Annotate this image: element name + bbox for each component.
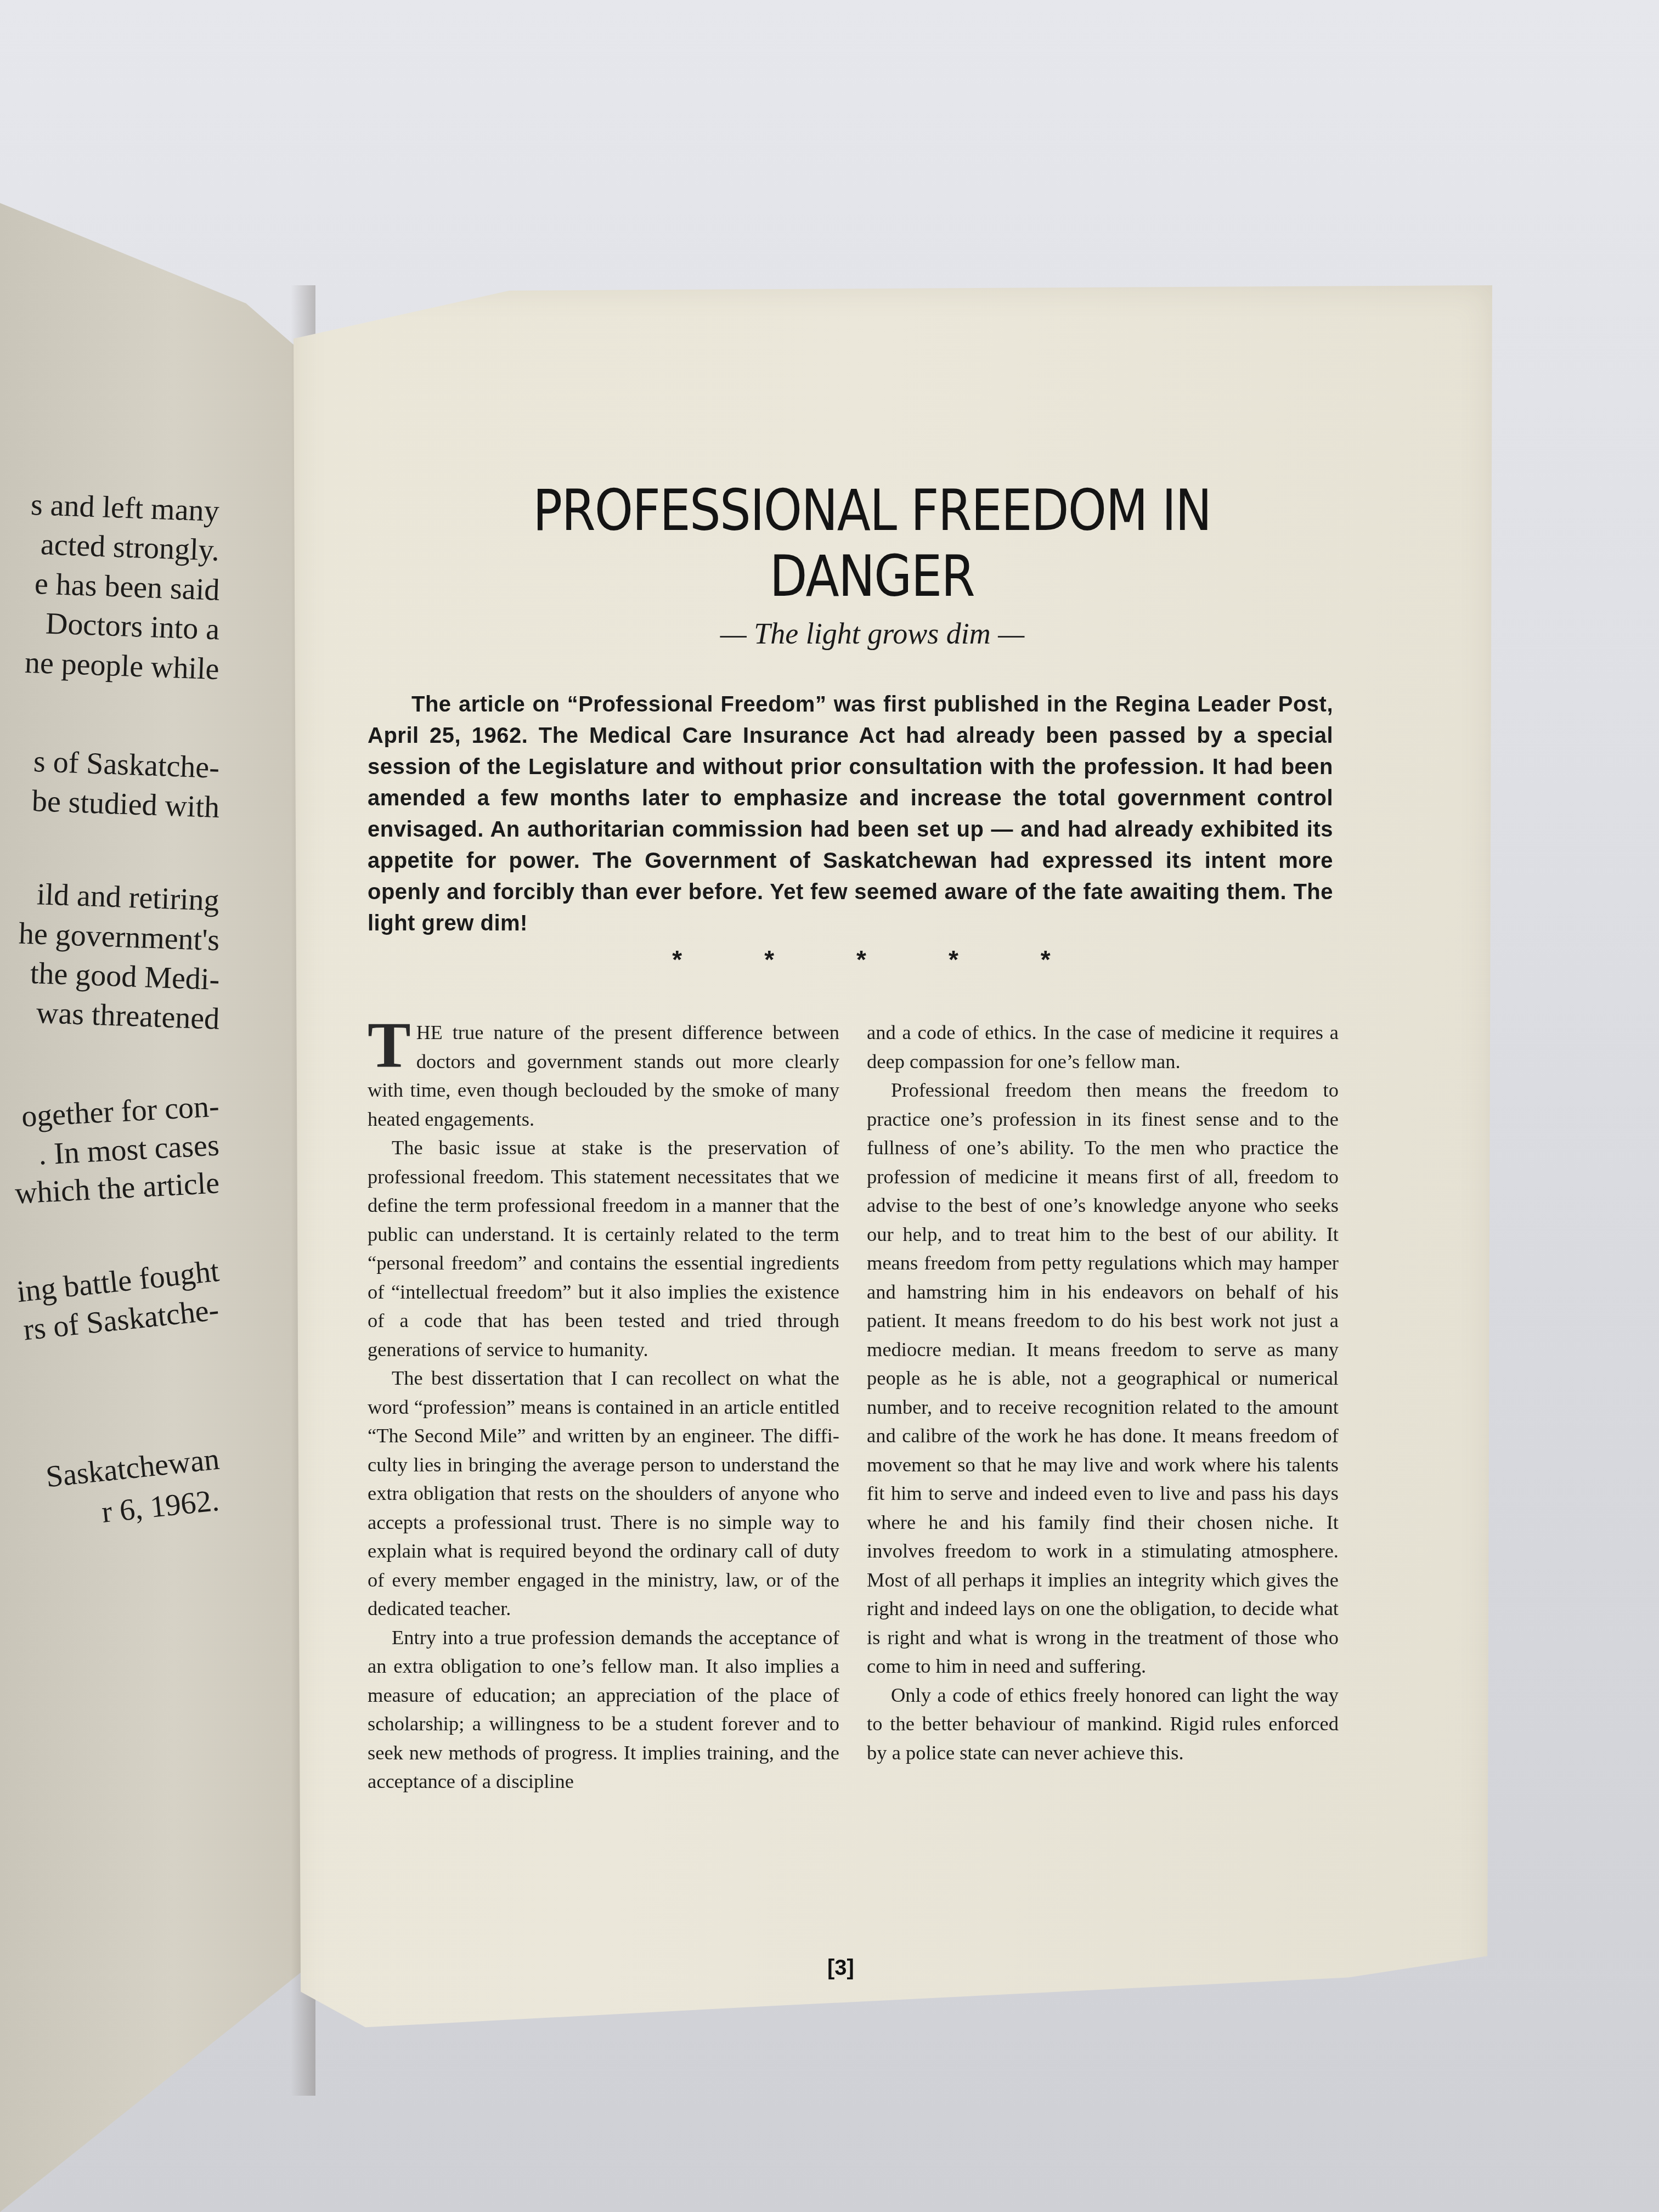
facing-page-text-fragment: the good Medi- [30, 953, 221, 1000]
drop-cap-continuation: HE [416, 1022, 443, 1043]
facing-page-text-fragment: acted strongly. [40, 524, 220, 570]
article-subtitle: — The light grows dim — [368, 617, 1339, 651]
body-paragraph: Only a code of ethics freely honored can… [867, 1681, 1339, 1768]
facing-page-text-fragment: s and left many [30, 485, 220, 531]
facing-page-text-fragment: he government's [18, 914, 221, 961]
facing-page-text-fragment: was threatened [36, 993, 221, 1039]
body-paragraph: The basic issue at stake is the preserva… [368, 1133, 839, 1364]
page-number: [3] [827, 1956, 854, 1980]
asterisk-icon: * [672, 945, 682, 974]
facing-page-text-fragment: e has been said [33, 564, 220, 610]
asterisk-icon: * [764, 945, 774, 974]
body-paragraph: The best dissertation that I can recolle… [368, 1364, 839, 1623]
asterisk-icon: * [1041, 945, 1051, 974]
section-separator: * * * * * [368, 945, 1339, 974]
body-paragraph: and a code of ethics. In the case of med… [867, 1018, 1339, 1076]
facing-page-text-fragment: ne people while [24, 643, 220, 689]
facing-page-text-fragment: Doctors into a [45, 603, 221, 649]
facing-page: s and left manyacted strongly.e has been… [0, 203, 315, 2212]
facing-page-text-fragment: be studied with [31, 781, 220, 827]
right-column: and a code of ethics. In the case of med… [867, 1018, 1339, 1796]
asterisk-icon: * [856, 945, 866, 974]
body-paragraph: Professional freedom then means the free… [867, 1076, 1339, 1681]
body-columns: THE true nature of the present differenc… [368, 1018, 1339, 1796]
body-paragraph: THE true nature of the present differenc… [368, 1018, 839, 1133]
article: PROFESSIONAL FREEDOM IN DANGER — The lig… [368, 477, 1339, 1796]
article-title: PROFESSIONAL FREEDOM IN DANGER [436, 477, 1271, 609]
asterisk-icon: * [949, 945, 958, 974]
facing-page-text-fragment: ild and retiring [36, 874, 220, 921]
facing-page-text-fragment: s of Saskatche- [33, 742, 220, 788]
left-column: THE true nature of the present differenc… [368, 1018, 839, 1796]
intro-paragraph: The article on “Professional Freedom” wa… [368, 689, 1339, 939]
body-paragraph: Entry into a true profession demands the… [368, 1623, 839, 1796]
drop-cap: T [368, 1019, 411, 1072]
